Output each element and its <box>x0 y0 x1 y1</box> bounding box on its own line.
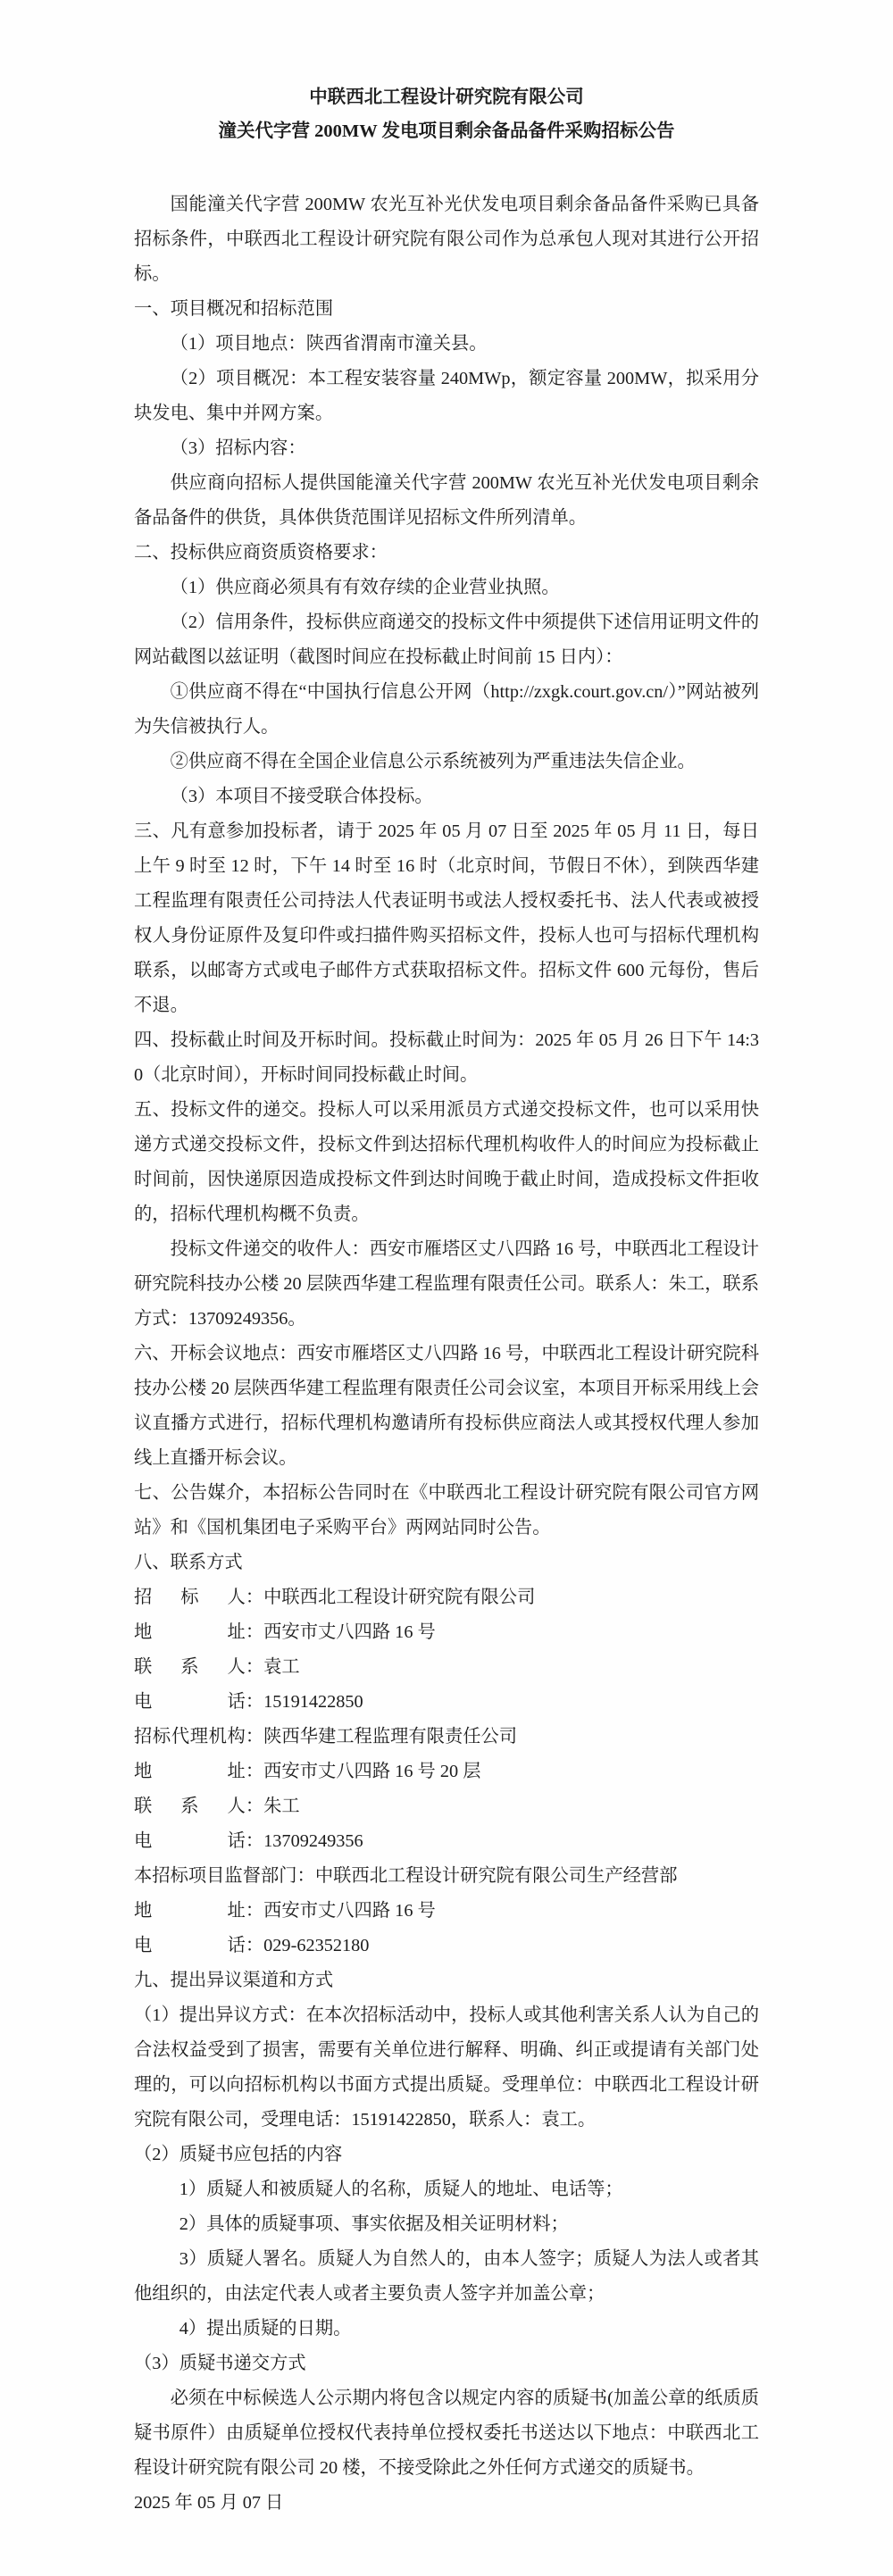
paragraph: 供应商向招标人提供国能潼关代字营 200MW 农光互补光伏发电项目剩余备品备件的… <box>134 466 759 536</box>
paragraph: （1）项目地点：陕西省渭南市潼关县。 <box>134 327 759 362</box>
contact-value: 西安市丈八四路 16 号 <box>263 1622 436 1642</box>
contact-label: 地址 <box>134 1615 246 1650</box>
tender-announcement-body: 中联西北工程设计研究院有限公司潼关代字营 200MW 发电项目剩余备品备件采购招… <box>0 0 893 2521</box>
contact-label: 地址 <box>134 1755 246 1789</box>
contact-row: 地址：西安市丈八四路 16 号 <box>134 1615 759 1650</box>
paragraph: 四、投标截止时间及开标时间。投标截止时间为：2025 年 05 月 26 日下午… <box>134 1023 759 1093</box>
contact-colon: ： <box>246 1936 263 1955</box>
contact-label: 联系人 <box>134 1789 246 1824</box>
contact-label: 地址 <box>134 1894 246 1929</box>
paragraph: 五、投标文件的递交。投标人可以采用派员方式递交投标文件，也可以采用快递方式递交投… <box>134 1093 759 1232</box>
contact-row: 地址：西安市丈八四路 16 号 20 层 <box>134 1755 759 1789</box>
contact-colon: ： <box>246 1588 263 1607</box>
paragraph: （2）信用条件，投标供应商递交的投标文件中须提供下述信用证明文件的网站截图以兹证… <box>134 605 759 675</box>
contact-row: 本招标项目监督部门：中联西北工程设计研究院有限公司生产经营部 <box>134 1859 759 1894</box>
contact-colon: ： <box>246 1831 263 1851</box>
paragraph: 必须在中标候选人公示期内将包含以规定内容的质疑书(加盖公章的纸质质疑书原件）由质… <box>134 2381 759 2486</box>
contact-value: 陕西华建工程监理有限责任公司 <box>263 1727 517 1747</box>
paragraph: （3）招标内容： <box>134 431 759 466</box>
contact-label: 电话 <box>134 1685 246 1720</box>
list-item: 1）质疑人和被质疑人的名称，质疑人的地址、电话等； <box>134 2172 759 2207</box>
paragraph: 八、联系方式 <box>134 1546 759 1580</box>
contact-colon: ： <box>246 1901 263 1921</box>
paragraph: （3）本项目不接受联合体投标。 <box>134 779 759 814</box>
contact-row: 电话：15191422850 <box>134 1685 759 1720</box>
contact-label: 联系人 <box>134 1650 246 1685</box>
doc-date: 2025 年 05 月 07 日 <box>134 2486 759 2521</box>
paragraph: （1）提出异议方式：在本次招标活动中，投标人或其他利害关系人认为自己的合法权益受… <box>134 1998 759 2138</box>
contact-label: 招标人 <box>134 1580 246 1615</box>
paragraph: 六、开标会议地点：西安市雁塔区丈八四路 16 号，中联西北工程设计研究院科技办公… <box>134 1337 759 1476</box>
contact-value: 中联西北工程设计研究院有限公司生产经营部 <box>315 1866 678 1886</box>
paragraph: ②供应商不得在全国企业信息公示系统被列为严重违法失信企业。 <box>134 745 759 779</box>
paragraph: （3）质疑书递交方式 <box>134 2347 759 2381</box>
paragraph: 国能潼关代字营 200MW 农光互补光伏发电项目剩余备品备件采购已具备招标条件，… <box>134 188 759 292</box>
contact-row: 招标人：中联西北工程设计研究院有限公司 <box>134 1580 759 1615</box>
contact-row: 招标代理机构：陕西华建工程监理有限责任公司 <box>134 1720 759 1755</box>
title-line: 潼关代字营 200MW 发电项目剩余备品备件采购招标公告 <box>134 114 759 148</box>
contact-value: 中联西北工程设计研究院有限公司 <box>263 1588 535 1607</box>
paragraph: （2）项目概况：本工程安装容量 240MWp，额定容量 200MW，拟采用分块发… <box>134 362 759 431</box>
contact-colon: ： <box>246 1692 263 1712</box>
contact-label: 本招标项目监督部门 <box>134 1859 297 1894</box>
list-item: 3）质疑人署名。质疑人为自然人的，由本人签字；质疑人为法人或者其他组织的，由法定… <box>134 2242 759 2312</box>
title-line: 中联西北工程设计研究院有限公司 <box>134 80 759 114</box>
list-item: 2）具体的质疑事项、事实依据及相关证明材料； <box>134 2207 759 2242</box>
document-page: 中联西北工程设计研究院有限公司潼关代字营 200MW 发电项目剩余备品备件采购招… <box>0 0 893 2576</box>
paragraph: 九、提出异议渠道和方式 <box>134 1963 759 1998</box>
contact-colon: ： <box>246 1727 263 1747</box>
paragraph: ①供应商不得在“中国执行信息公开网（http://zxgk.court.gov.… <box>134 675 759 745</box>
contact-value: 袁工 <box>263 1657 300 1677</box>
paragraph: 七、公告媒介，本招标公告同时在《中联西北工程设计研究院有限公司官方网站》和《国机… <box>134 1476 759 1546</box>
contact-colon: ： <box>246 1762 263 1781</box>
contact-value: 西安市丈八四路 16 号 20 层 <box>263 1762 480 1781</box>
contact-value: 029-62352180 <box>263 1936 369 1955</box>
contact-value: 朱工 <box>263 1797 300 1816</box>
paragraph: 三、凡有意参加投标者，请于 2025 年 05 月 07 日至 2025 年 0… <box>134 814 759 1023</box>
contact-colon: ： <box>297 1866 315 1886</box>
contact-colon: ： <box>246 1657 263 1677</box>
contact-row: 地址：西安市丈八四路 16 号 <box>134 1894 759 1929</box>
contact-colon: ： <box>246 1797 263 1816</box>
paragraph: （1）供应商必须具有有效存续的企业营业执照。 <box>134 571 759 605</box>
paragraph: 一、项目概况和招标范围 <box>134 292 759 327</box>
contact-label: 电话 <box>134 1929 246 1963</box>
contact-value: 15191422850 <box>263 1692 363 1712</box>
contact-row: 电话：029-62352180 <box>134 1929 759 1963</box>
contact-value: 13709249356 <box>263 1831 363 1851</box>
contact-label: 招标代理机构 <box>134 1720 246 1755</box>
contact-row: 电话：13709249356 <box>134 1824 759 1859</box>
contact-row: 联系人：袁工 <box>134 1650 759 1685</box>
paragraph: 投标文件递交的收件人：西安市雁塔区丈八四路 16 号，中联西北工程设计研究院科技… <box>134 1232 759 1337</box>
list-item: 4）提出质疑的日期。 <box>134 2312 759 2347</box>
paragraph: 二、投标供应商资质资格要求： <box>134 536 759 571</box>
contact-label: 电话 <box>134 1824 246 1859</box>
contact-row: 联系人：朱工 <box>134 1789 759 1824</box>
paragraph: （2）质疑书应包括的内容 <box>134 2138 759 2172</box>
contact-colon: ： <box>246 1622 263 1642</box>
contact-value: 西安市丈八四路 16 号 <box>263 1901 436 1921</box>
